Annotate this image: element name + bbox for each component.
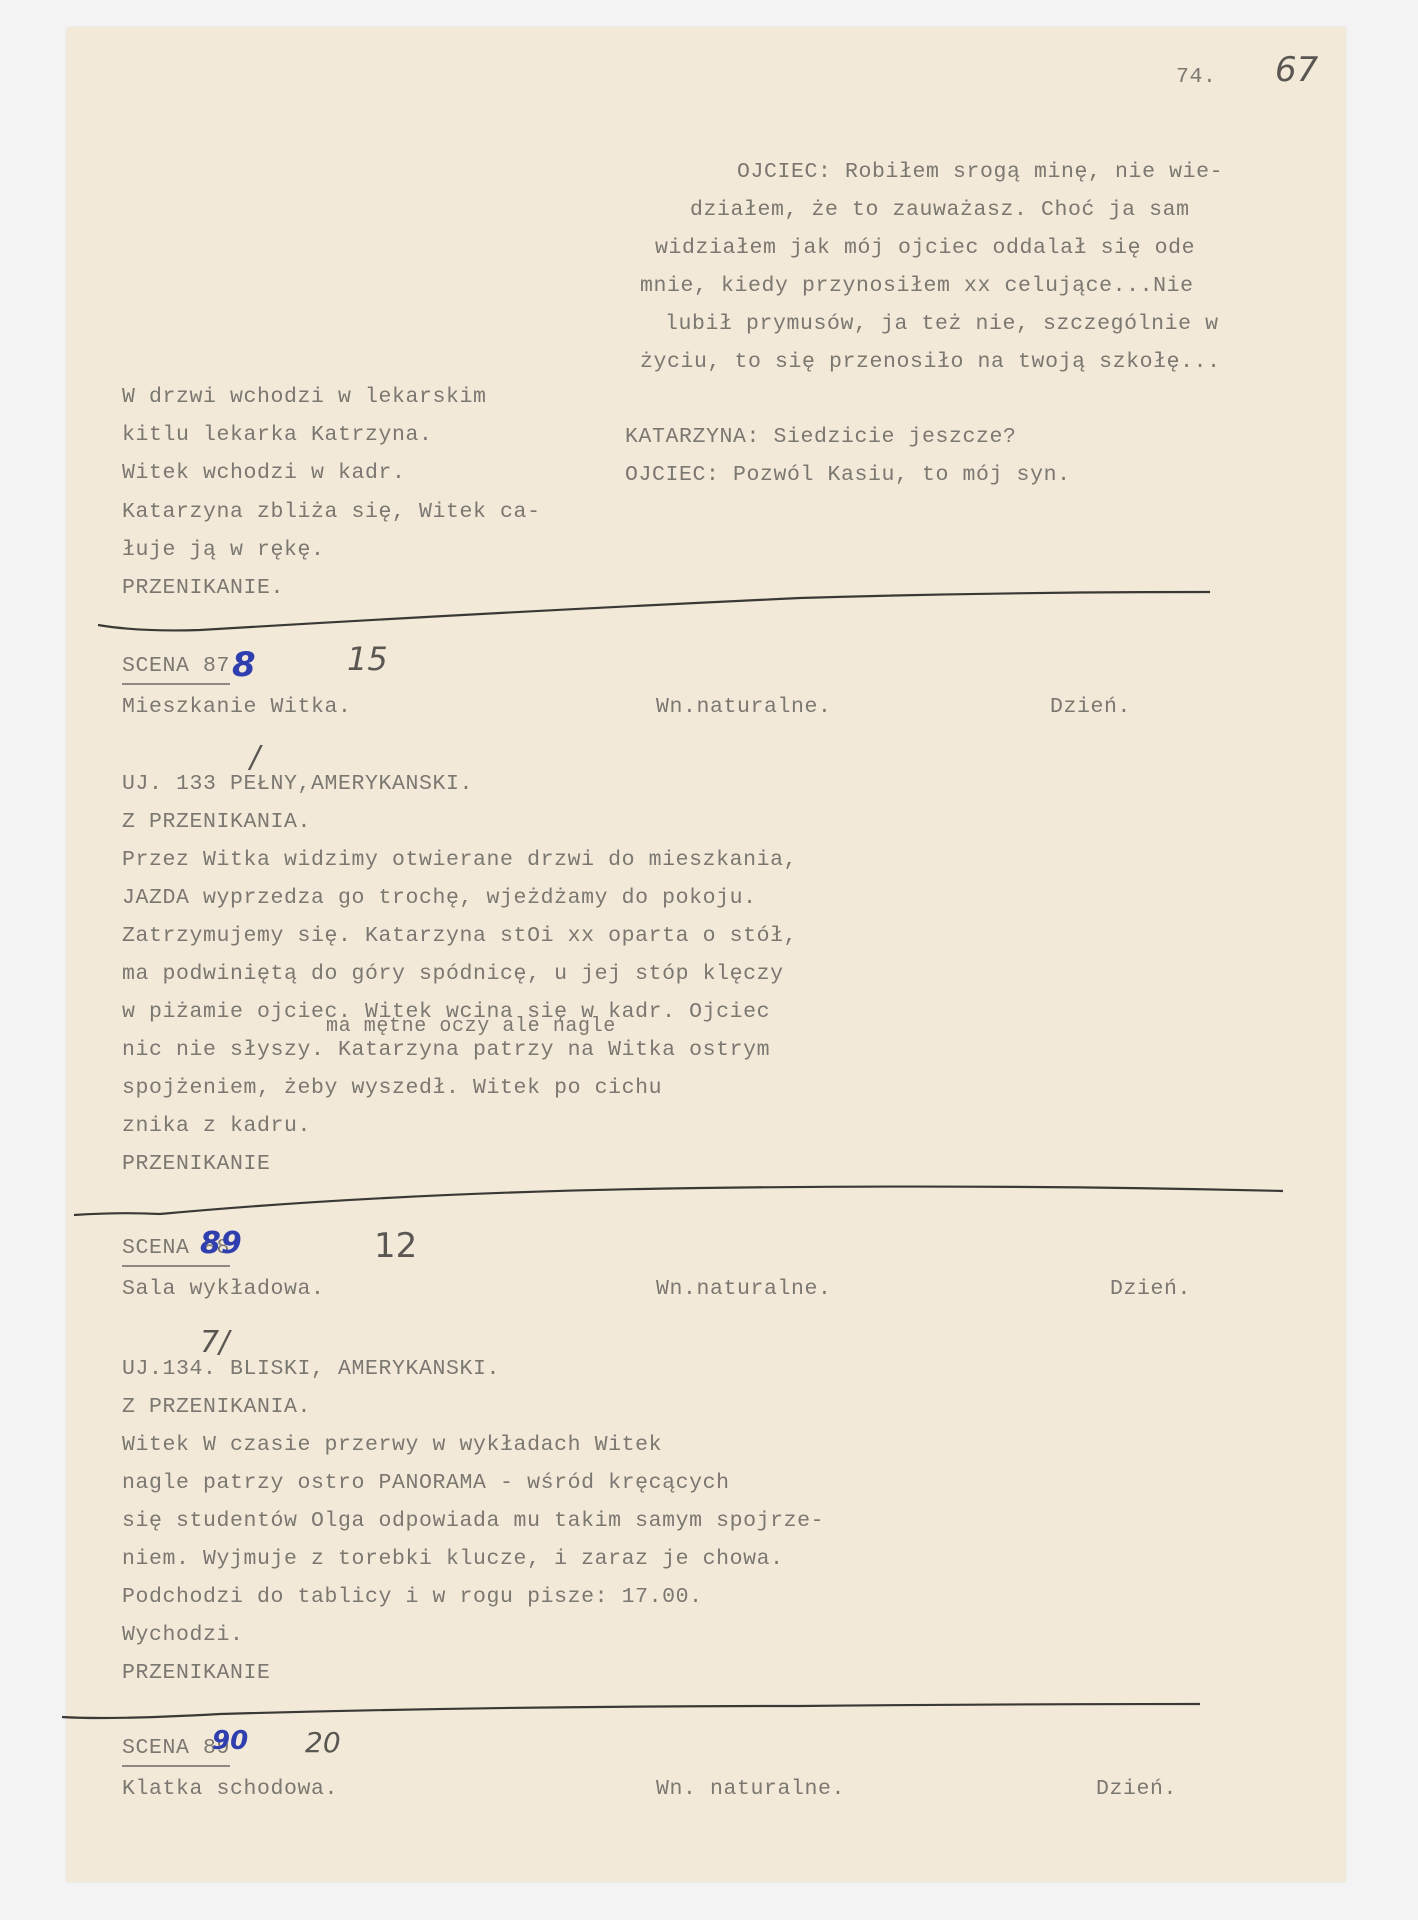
body-line: spojżeniem, żeby wyszedł. Witek po cichu [122,1069,662,1107]
scene-setting: Wn. naturalne. [656,1770,845,1808]
body-line: Zatrzymujemy się. Katarzyna stOi xx opar… [122,917,797,955]
scene-setting: Wn.naturalne. [656,1270,832,1308]
body-line: znika z kadru. [122,1107,311,1145]
scene-number-correction: 89 [200,1226,242,1261]
scene-number-correction: 8 [232,645,256,685]
scene-heading: SCENA 87 [122,650,230,685]
body-line: się studentów Olga odpowiada mu takim sa… [122,1502,824,1540]
shot-description: UJ. 133 PEŁNY,AMERYKANSKI. [122,765,473,803]
handwritten-note: 20 [305,1726,341,1759]
body-line: niem. Wyjmuje z torebki klucze, i zaraz … [122,1540,784,1578]
transition-out: PRZENIKANIE [122,1654,271,1692]
scene-location: Sala wykładowa. [122,1270,325,1308]
scene-location: Klatka schodowa. [122,1770,338,1808]
handwritten-note: 15 [347,640,388,678]
scene-time: Dzień. [1096,1770,1177,1808]
transition-in: Z PRZENIKANIA. [122,1388,311,1426]
transition-out: PRZENIKANIE [122,1145,271,1183]
body-line: Wychodzi. [122,1616,244,1654]
body-line: nagle patrzy ostro PANORAMA - wśród kręc… [122,1464,730,1502]
body-line: Witek W czasie przerwy w wykładach Witek [122,1426,662,1464]
scene-location: Mieszkanie Witka. [122,688,352,726]
shot-description: UJ.134. BLISKI, AMERYKANSKI. [122,1350,500,1388]
handwritten-note: 12 [374,1226,417,1266]
body-line: Podchodzi do tablicy i w rogu pisze: 17.… [122,1578,703,1616]
scene-setting: Wn.naturalne. [656,688,832,726]
body-line: nic nie słyszy. Katarzyna patrzy na Witk… [122,1031,770,1069]
scene-time: Dzień. [1050,688,1131,726]
body-line: ma podwiniętą do góry spódnicę, u jej st… [122,955,784,993]
body-line: JAZDA wyprzedza go trochę, wjeżdżamy do … [122,879,757,917]
scene-number-correction: 90 [212,1726,248,1756]
transition-in: Z PRZENIKANIA. [122,803,311,841]
body-line: Przez Witka widzimy otwierane drzwi do m… [122,841,797,879]
scene-time: Dzień. [1110,1270,1191,1308]
pencil-tick-mark: 7/ [200,1325,229,1360]
pencil-tick-mark: / [250,740,260,775]
